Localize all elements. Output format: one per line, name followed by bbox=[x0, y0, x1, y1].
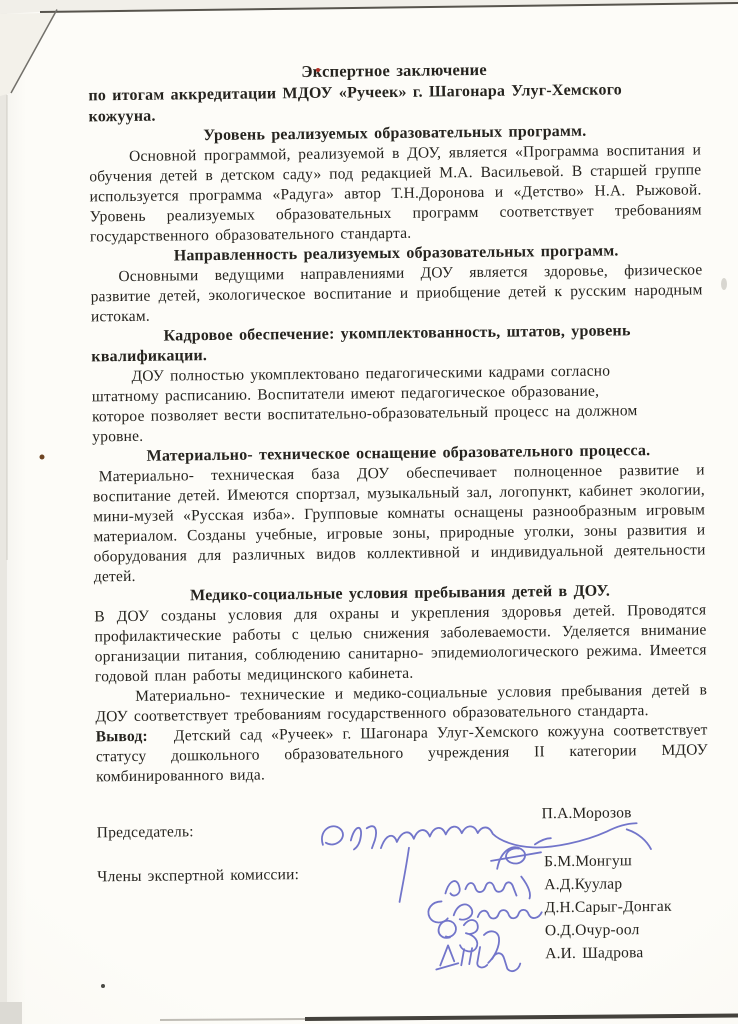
member-name: Б.М.Монгуш bbox=[544, 851, 632, 872]
member-name: А.Д.Куулар bbox=[544, 874, 622, 895]
member-name: А.И. Шадрова bbox=[545, 943, 644, 964]
members-label: Члены экспертной комиссии: bbox=[97, 865, 299, 887]
member-signature-scribble bbox=[445, 876, 530, 899]
signature-block: П.А.Морозов Председатель: Члены экспертн… bbox=[96, 794, 710, 1001]
paper-sheet: Экспертное заключение по итогам аккредит… bbox=[0, 0, 738, 1024]
chairman-name: П.А.Морозов bbox=[541, 803, 631, 824]
section-paragraph: Материально- техническая база ДОУ обеспе… bbox=[93, 460, 706, 587]
section-paragraph: Основной программой, реализуемой в ДОУ, … bbox=[89, 140, 702, 247]
member-signature-scribble bbox=[491, 838, 551, 869]
section-paragraph: В ДОУ созданы условия для охраны и укреп… bbox=[94, 600, 707, 687]
section-paragraph: Основными ведущими направлениями ДОУ явл… bbox=[90, 260, 703, 327]
chairman-label: Председатель: bbox=[97, 822, 194, 843]
member-name: Д.Н.Сарыг-Донгак bbox=[545, 897, 672, 918]
member-signature-scribble bbox=[436, 945, 520, 972]
section-paragraph: Материально- технические и медико-социал… bbox=[95, 680, 707, 727]
member-signature-scribble bbox=[438, 920, 499, 964]
section-paragraph: ДОУ полностью укомплектовано педагогичес… bbox=[91, 361, 652, 447]
conclusion-text: Детский сад «Ручеек» г. Шагонара Улуг-Хе… bbox=[96, 721, 708, 785]
member-signature-scribble bbox=[428, 900, 541, 922]
scanned-document: Экспертное заключение по итогам аккредит… bbox=[0, 0, 738, 1024]
member-name: О.Д.Очур-оол bbox=[545, 920, 640, 941]
conclusion-paragraph: Вывод:Детский сад «Ручеек» г. Шагонара У… bbox=[96, 720, 709, 787]
document-content: Экспертное заключение по итогам аккредит… bbox=[88, 56, 711, 1001]
conclusion-label: Вывод: bbox=[96, 728, 148, 746]
